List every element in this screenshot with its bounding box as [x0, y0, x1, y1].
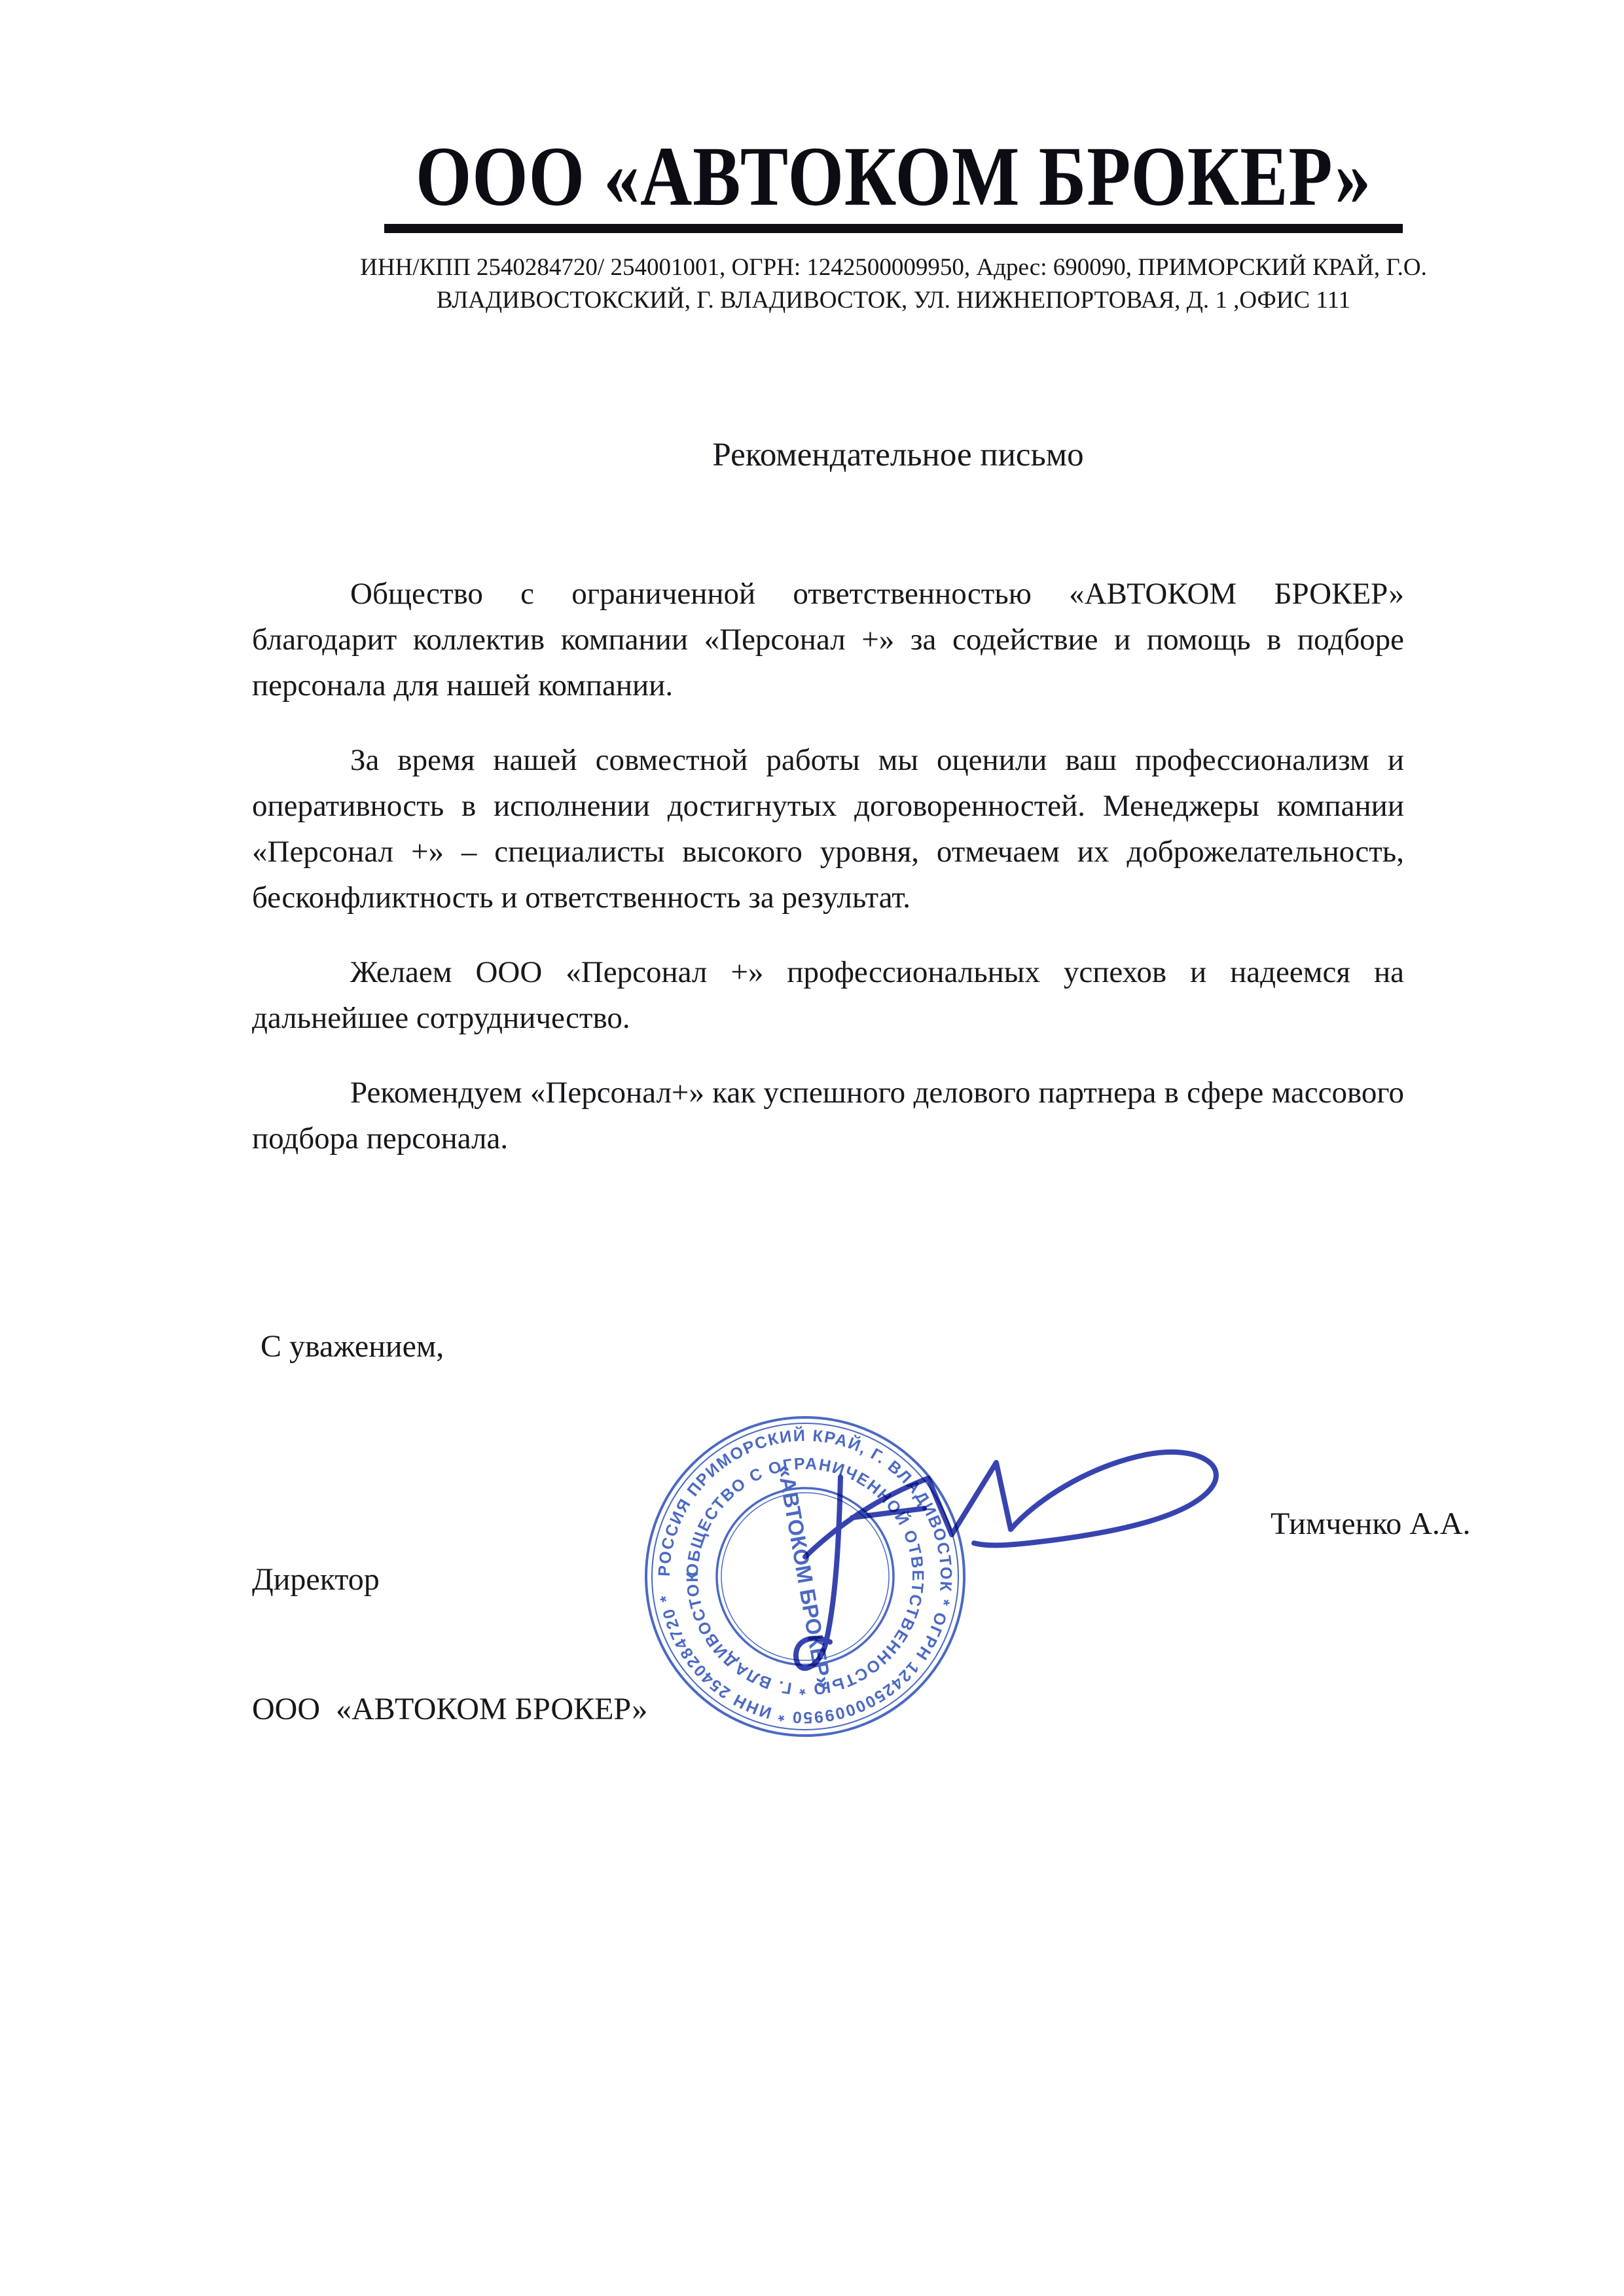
signature-descender — [796, 1477, 840, 1668]
letter-body: Общество с ограниченной ответственностью… — [252, 571, 1404, 1190]
letter-paragraph: За время нашей совместной работы мы оцен… — [252, 737, 1404, 920]
letter-paragraph: Рекомендуем «Персонал+» как успешного де… — [252, 1070, 1404, 1161]
letter-page: ООО «АВТОКОМ БРОКЕР» ИНН/КПП 2540284720/… — [0, 0, 1624, 2296]
letter-paragraph: Желаем ООО «Персонал +» профессиональных… — [252, 949, 1404, 1041]
letter-subject: Рекомендательное письмо — [322, 436, 1474, 474]
company-details-line1: ИНН/КПП 2540284720/ 254001001, ОГРН: 124… — [314, 251, 1473, 284]
header-rule — [384, 224, 1403, 233]
director-signature — [779, 1440, 1224, 1689]
salutation: С уважением, — [261, 1328, 444, 1366]
signer-role: Директор — [252, 1558, 647, 1601]
signature-strokes — [796, 1452, 1216, 1668]
company-details-line2: ВЛАДИВОСТОКСКИЙ, Г. ВЛАДИВОСТОК, УЛ. НИЖ… — [314, 284, 1473, 317]
letter-paragraph: Общество с ограниченной ответственностью… — [252, 571, 1404, 708]
signer-company: ООО «АВТОКОМ БРОКЕР» — [252, 1688, 647, 1731]
company-title: ООО «АВТОКОМ БРОКЕР» — [355, 134, 1432, 219]
letterhead: ООО «АВТОКОМ БРОКЕР» ИНН/КПП 2540284720/… — [314, 139, 1473, 317]
signer-name: Тимченко А.А. — [1271, 1506, 1471, 1542]
company-details: ИНН/КПП 2540284720/ 254001001, ОГРН: 124… — [314, 251, 1473, 317]
signature-main-flourish — [805, 1452, 1216, 1557]
signer-block: Директор ООО «АВТОКОМ БРОКЕР» — [252, 1472, 647, 1817]
